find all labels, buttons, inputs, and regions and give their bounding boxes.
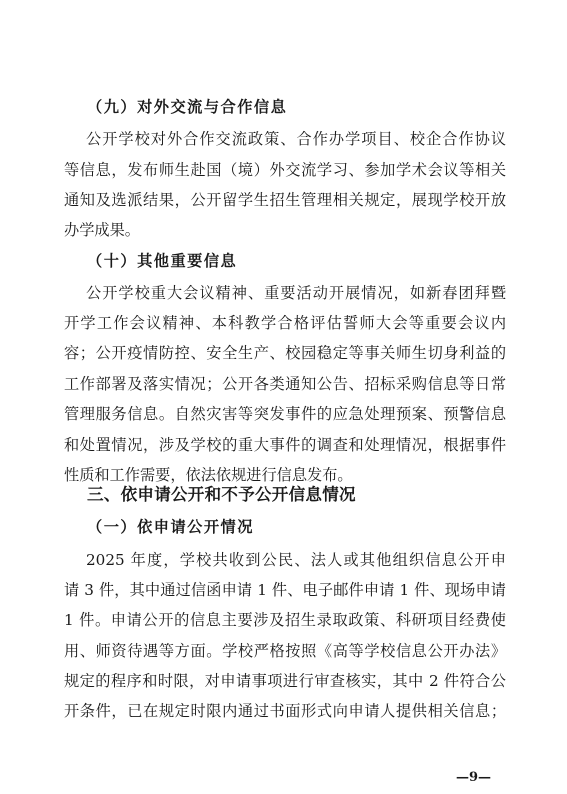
paragraph-line: 通知及选派结果，公开留学生招生管理相关规定，展现学校开放	[64, 188, 506, 212]
chapter-heading-3: 三、依申请公开和不予公开信息情况	[87, 482, 356, 508]
document-page: （九）对外交流与合作信息 公开学校对外合作交流政策、合作办学项目、校企合作协议 …	[0, 0, 567, 794]
paragraph-line: 等信息，发布师生赴国（境）外交流学习、参加学术会议等相关	[64, 158, 506, 182]
paragraph-line: 办学成果。	[64, 218, 506, 242]
paragraph-line: 规定的程序和时限，对申请事项进行审查核实，其中 2 件符合公	[64, 669, 506, 693]
paragraph-line: 管理服务信息。自然灾害等突发事件的应急处理预案、预警信息	[64, 402, 506, 426]
paragraph-line: 工作部署及落实情况；公开各类通知公告、招标采购信息等日常	[64, 372, 506, 396]
paragraph-line: 公开学校对外合作交流政策、合作办学项目、校企合作协议	[86, 127, 506, 151]
paragraph-line: 2025 年度，学校共收到公民、法人或其他组织信息公开申	[86, 548, 506, 572]
paragraph-line: 1 件。申请公开的信息主要涉及招生录取政策、科研项目经费使	[64, 608, 506, 632]
section-heading-10: （十）其他重要信息	[87, 249, 237, 273]
paragraph-line: 和处置情况，涉及学校的重大事件的调查和处理情况，根据事件	[64, 433, 506, 457]
paragraph-line: 容；公开疫情防控、安全生产、校园稳定等事关师生切身利益的	[64, 341, 506, 365]
subsection-heading-1: （一）依申请公开情况	[87, 515, 254, 539]
section-heading-9: （九）对外交流与合作信息	[87, 95, 287, 119]
paragraph-line: 开条件，已在规定时限内通过书面形式向申请人提供相关信息；	[64, 699, 506, 723]
paragraph-line: 开学工作会议精神、本科教学合格评估誓师大会等重要会议内	[64, 311, 506, 335]
paragraph-line: 用、师资待遇等方面。学校严格按照《高等学校信息公开办法》	[64, 639, 506, 663]
paragraph-line: 请 3 件，其中通过信函申请 1 件、电子邮件申请 1 件、现场申请	[64, 578, 506, 602]
page-number: —9—	[456, 769, 491, 787]
paragraph-line: 公开学校重大会议精神、重要活动开展情况，如新春团拜暨	[86, 281, 506, 305]
